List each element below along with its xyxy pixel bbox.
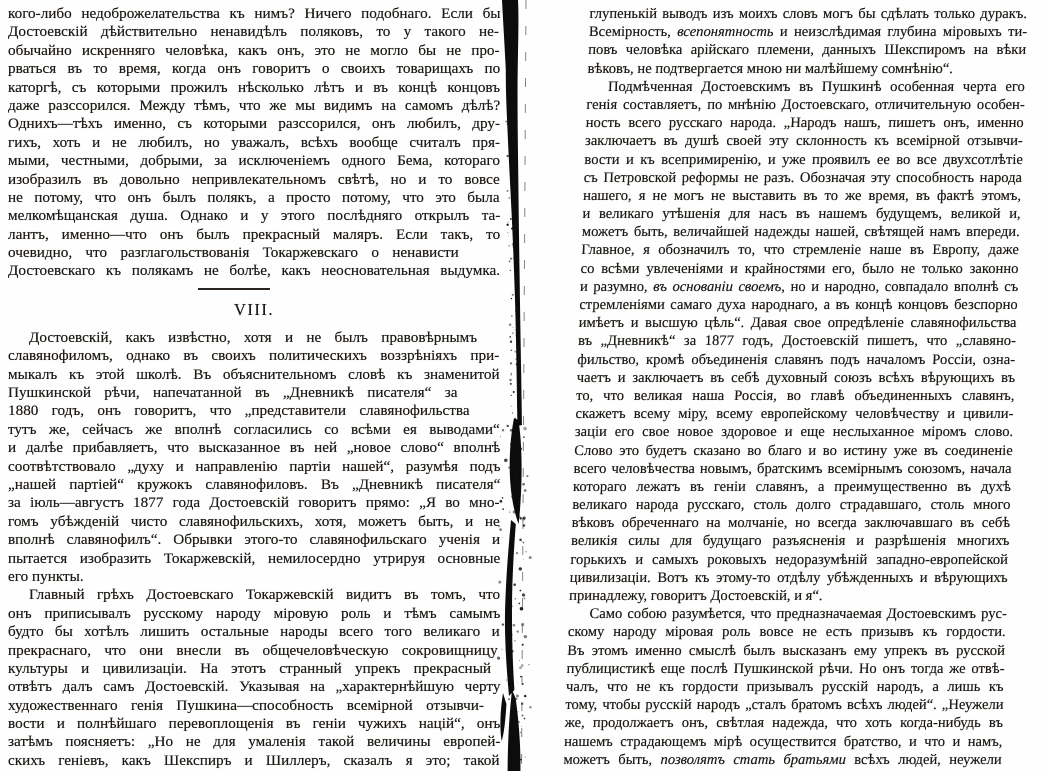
ink-speckle	[505, 121, 507, 123]
ink-speckle	[510, 270, 512, 272]
ink-speckle	[516, 722, 518, 724]
ink-speckle	[499, 528, 502, 531]
text-line: генія составляетъ, по мнѣнію Достоевскаг…	[586, 96, 1025, 114]
text-segment: въ „Дневникѣ“ за 1877 годъ, Достоевскій …	[578, 333, 1016, 349]
text-line: соотвѣтствовало „духу и направленію парт…	[8, 458, 500, 476]
text-segment: „нашей партіей“ кружокъ славянофиловъ. В…	[8, 476, 500, 493]
section-heading: VIII.	[8, 300, 500, 320]
ink-speckle	[523, 597, 525, 599]
ink-speckle	[511, 52, 513, 54]
ink-speckle	[524, 635, 527, 638]
text-segment: изобразилъ въ довольно непривлекательном…	[8, 171, 500, 188]
text-segment: скажетъ всему міру, всему европейскому ч…	[575, 406, 1014, 422]
ink-speckle	[506, 67, 508, 69]
ink-speckle	[510, 160, 512, 162]
ink-speckle	[507, 117, 508, 118]
text-segment: славянофиломъ, однако въ своихъ политиче…	[8, 347, 499, 364]
text-line: 1880 годъ, онъ говоритъ, что „представит…	[8, 402, 500, 420]
text-line: мыкалъ къ этой школѣ. Въ объяснительномъ…	[8, 366, 500, 384]
text-line: Пушкинской рѣчи, напечатанной въ „Дневни…	[8, 384, 500, 402]
ink-speckle	[511, 104, 513, 106]
ink-speckle	[515, 598, 516, 599]
text-segment: и далѣе прибавляетъ, что высказанное въ …	[8, 439, 500, 456]
text-line: культуры и цивилизаціи. На этотъ странны…	[8, 660, 500, 678]
ink-speckle	[510, 66, 512, 68]
text-line: цивилизаціи. Вотъ къ этому-то отдѣлу убѣ…	[570, 569, 1009, 587]
ink-speckle	[511, 68, 512, 69]
ink-speckle	[521, 703, 523, 705]
ink-speckle	[514, 259, 516, 261]
ink-speckle	[514, 528, 515, 529]
ink-speckle	[524, 718, 526, 720]
italic-text-segment: всепонятность	[677, 24, 774, 40]
text-segment: мелкомѣщанская душа. Однако и у этого по…	[8, 207, 500, 224]
text-segment: не потому, что онъ былъ полякъ, а просто…	[8, 189, 500, 206]
ink-speckle	[514, 153, 516, 155]
text-segment: вполнѣ славянофилъ“. Обрывки этого-то сл…	[8, 531, 500, 548]
text-segment: будто бы хотѣлъ лишить остальные народы …	[8, 623, 500, 640]
text-segment: принадлежу, говоритъ Достоевскій, и я“.	[569, 588, 823, 604]
ink-speckle	[523, 517, 526, 520]
ink-speckle	[508, 222, 509, 223]
ink-speckle	[515, 418, 516, 419]
text-line: заціи его свое новое здоровое и еще несл…	[575, 423, 1014, 441]
text-segment: то, что великая наша Россія, во главѣ об…	[576, 388, 1015, 404]
ink-speckle	[523, 436, 525, 438]
text-line: стремленіями самаго духа народнаго, а въ…	[579, 296, 1018, 314]
text-line: публицистикѣ еще послѣ Пушкинской рѣчи. …	[566, 660, 1005, 678]
ink-speckle	[520, 732, 521, 733]
text-line: Однихъ—тѣхъ именно, съ которыми разссори…	[8, 115, 500, 133]
ink-speckle	[514, 98, 516, 100]
text-line: вѣковъ, не подтвергается мною ни малѣйше…	[587, 60, 1026, 78]
ink-speckle	[519, 539, 521, 541]
text-line: то, что великая наша Россія, во главѣ об…	[576, 387, 1015, 405]
ink-speckle	[523, 559, 524, 560]
ink-speckle	[516, 159, 517, 160]
ink-speckle	[519, 590, 521, 592]
text-line: отвѣтъ далъ самъ Достоевскій. Указывая н…	[8, 678, 500, 696]
text-segment: чаетъ и заключаетъ въ себѣ духовный союз…	[577, 370, 1016, 386]
ink-speckle	[520, 759, 522, 761]
text-segment: же, продолжаетъ онъ, свѣтлая надежда, чт…	[564, 715, 1003, 731]
text-segment: каторгѣ, съ которыми прожилъ нѣсколько л…	[8, 79, 500, 96]
text-segment: вости и полнѣйшаго перевоплощенія въ ген…	[8, 715, 500, 732]
text-line: со всѣми увлеченіями и крайностями его, …	[580, 260, 1019, 278]
ink-speckle	[519, 666, 522, 669]
ink-speckle	[494, 466, 495, 467]
text-line: за іюль—августъ 1877 года Достоевскій го…	[8, 494, 500, 512]
ink-speckle	[518, 768, 519, 769]
text-line: мыми, честными, добрыми, за исключеніемъ…	[8, 152, 500, 170]
text-line: прекраснаго, что они внесли въ общечелов…	[8, 642, 500, 660]
text-segment: Пушкинской рѣчи, напечатанной въ „Дневни…	[8, 384, 457, 401]
ink-speckle	[510, 604, 512, 606]
ink-speckle	[513, 624, 516, 627]
text-line: даже разссорился. Между тѣмъ, что же мы …	[8, 97, 500, 115]
text-segment: за іюль—августъ 1877 года Достоевскій го…	[8, 494, 500, 511]
ink-speckle	[528, 664, 529, 665]
ink-speckle	[520, 607, 523, 610]
ink-speckle	[520, 676, 522, 678]
text-line: тому, чтобы русскій народъ „сталъ братом…	[565, 696, 1004, 714]
ink-speckle	[508, 236, 509, 237]
ink-speckle	[513, 583, 516, 586]
text-line: художественнаго генія Пушкина—способност…	[8, 697, 500, 715]
text-segment: мыми, честными, добрыми, за исключеніемъ…	[8, 152, 500, 169]
text-line: нашего, я не могъ не выставить въ то же …	[583, 187, 1022, 205]
ink-speckle	[510, 704, 513, 707]
text-line: можетъ быть, величайшей надежды нашей, с…	[582, 223, 1021, 241]
text-segment: Главное, я обозначилъ то, что стремленіе…	[581, 242, 1019, 258]
ink-speckle	[523, 524, 526, 527]
text-segment: цивилизаціи. Вотъ къ этому-то отдѣлу убѣ…	[570, 570, 1008, 586]
ink-speckle	[509, 323, 511, 325]
text-line: Главный грѣхъ Достоевскаго Токаржевскій …	[8, 586, 500, 604]
ink-speckle	[513, 232, 514, 233]
ink-speckle	[510, 581, 513, 584]
text-segment: заціи его свое новое здоровое и еще несл…	[575, 424, 1014, 440]
ink-speckle	[519, 453, 520, 454]
text-line: Въ этомъ именно смыслѣ былъ высказанъ ем…	[567, 642, 1006, 660]
text-line: же, продолжаетъ онъ, свѣтлая надежда, чт…	[564, 714, 1003, 732]
ink-speckle	[517, 393, 519, 395]
text-segment: вѣковъ, не подтвергается мною ни малѣйше…	[587, 61, 953, 77]
ink-speckle	[515, 267, 517, 269]
ink-speckle	[517, 405, 519, 407]
ink-speckle	[517, 765, 519, 767]
text-segment: , но и народно, совпадало вполнѣ съ	[781, 279, 1018, 295]
ink-speckle	[509, 245, 510, 246]
text-line: скихъ геніевъ, какъ Шекспиръ и Шиллеръ, …	[8, 752, 500, 770]
ink-speckle	[515, 229, 517, 231]
text-segment: генія составляетъ, по мнѣнію Достоевскаг…	[586, 97, 1025, 113]
ink-speckle	[510, 341, 512, 343]
ink-speckle	[506, 224, 508, 226]
ink-speckle	[518, 450, 520, 452]
ink-speckle	[500, 500, 503, 503]
ink-speckle	[512, 294, 514, 296]
text-segment: лантъ, именно—что онъ былъ прекрасный ма…	[8, 226, 500, 243]
text-segment: гихъ, хоть и не любилъ, но уважалъ, всѣх…	[8, 134, 500, 151]
ink-speckle	[514, 55, 516, 57]
text-line: великія силы для будущаго разъясненія и …	[571, 532, 1010, 550]
text-line: скому народу міровая роль вовсе не есть …	[568, 623, 1007, 641]
ink-speckle	[508, 698, 510, 700]
text-line: онъ приписывалъ русскому народу міровую …	[8, 605, 500, 623]
text-line: и разумно, въ основаніи своемъ, но и нар…	[580, 278, 1019, 296]
text-segment: его пункты.	[8, 568, 84, 585]
ink-speckle	[514, 351, 516, 353]
text-segment: тому, чтобы русскій народъ „сталъ братом…	[565, 697, 1004, 713]
ink-speckle	[504, 459, 507, 462]
ink-speckle	[512, 243, 514, 245]
ink-speckle	[514, 134, 515, 135]
ink-speckle	[498, 525, 500, 527]
ink-speckle	[510, 383, 512, 385]
text-segment: пытается изобразить Токаржевскій, немило…	[8, 550, 500, 567]
text-segment: публицистикѣ еще послѣ Пушкинской рѣчи. …	[566, 661, 1004, 677]
ink-speckle	[516, 473, 519, 476]
ink-speckle	[515, 460, 518, 463]
text-line: славянофиломъ, однако въ своихъ политиче…	[8, 347, 500, 365]
text-line: Само собою разумѣется, что предназначаем…	[568, 605, 1007, 623]
text-line: можетъ быть, позволятъ стать братьями вс…	[563, 751, 1002, 769]
text-segment: глупенькій выводъ изъ моихъ словъ могъ б…	[589, 6, 1027, 22]
text-line: вости и къ всепримиренію, и уже проявилъ…	[584, 151, 1023, 169]
text-line: пытается изобразить Токаржевскій, немило…	[8, 550, 500, 568]
text-line: будто бы хотѣлъ лишить остальные народы …	[8, 623, 500, 641]
ink-speckle	[526, 475, 528, 477]
text-line: каторгѣ, съ которыми прожилъ нѣсколько л…	[8, 79, 500, 97]
ink-speckle	[524, 756, 525, 757]
ink-speckle	[502, 429, 504, 431]
ink-speckle	[524, 489, 527, 492]
ink-speckle	[525, 551, 527, 553]
ink-speckle	[519, 660, 520, 661]
text-segment: очевидно, что разглагольствованія Токарж…	[8, 244, 459, 261]
text-line: „нашей партіей“ кружокъ славянофиловъ. В…	[8, 476, 500, 494]
text-line: ность всего русскаго народа. „Народъ наш…	[585, 114, 1024, 132]
ink-speckle	[521, 726, 522, 727]
text-segment: и великаго утѣшенія для насъ въ нашемъ б…	[582, 206, 1021, 222]
ink-speckle	[521, 541, 522, 542]
ink-speckle	[510, 362, 512, 364]
ink-speckle	[515, 257, 517, 259]
text-line: принадлежу, говоритъ Достоевскій, и я“.	[569, 587, 1008, 605]
text-line: въ „Дневникѣ“ за 1877 годъ, Достоевскій …	[578, 332, 1017, 350]
text-line: затѣмъ поясняетъ: „Но не для умаленія та…	[8, 733, 500, 751]
ink-speckle	[522, 683, 524, 685]
text-line: гомъ убѣжденій чисто славянофильскихъ, х…	[8, 513, 500, 531]
text-line: вполнѣ славянофилъ“. Обрывки этого-то сл…	[8, 531, 500, 549]
ink-speckle	[508, 60, 510, 62]
ink-speckle	[506, 190, 508, 192]
ink-speckle	[513, 200, 515, 202]
ink-speckle	[505, 45, 506, 46]
ink-speckle	[515, 329, 516, 330]
ink-speckle	[512, 227, 513, 228]
text-segment: Достоевскаго къ полякамъ не болѣе, какъ …	[8, 262, 500, 279]
ink-speckle	[515, 335, 516, 336]
ink-speckle	[502, 537, 503, 538]
text-segment: Достоевскій, какъ извѣстно, хотя и не бы…	[29, 329, 477, 346]
text-line: всего человѣчества новымъ, братскимъ все…	[573, 460, 1012, 478]
text-line: горькихъ и самыхъ роковыхъ недоразумѣній…	[570, 551, 1009, 569]
ink-speckle	[510, 443, 513, 446]
text-segment: Само собою разумѣется, что предназначаем…	[589, 606, 1007, 622]
ink-speckle	[506, 79, 507, 80]
text-segment: Въ этомъ именно смыслѣ былъ высказанъ ем…	[567, 643, 1005, 659]
text-line: тутъ же, сейчасъ же вполнѣ согласились с…	[8, 421, 500, 439]
ink-speckle	[509, 81, 511, 83]
ink-speckle	[510, 688, 511, 689]
ink-speckle	[508, 75, 509, 76]
page-edge-line	[522, 0, 527, 771]
ink-speckle	[516, 695, 519, 698]
ink-speckle	[513, 43, 514, 44]
page-left: кого-либо недоброжелательства къ нимъ? Н…	[8, 0, 500, 770]
text-line: глупенькій выводъ изъ моихъ словъ могъ б…	[589, 5, 1028, 23]
ink-speckle	[509, 260, 511, 262]
text-segment: со всѣми увлеченіями и крайностями его, …	[580, 261, 1018, 277]
text-segment: имѣетъ и высшую цѣль“. Давая свое опредѣ…	[578, 315, 1016, 331]
ink-speckle	[529, 706, 532, 709]
ink-speckle	[512, 412, 513, 413]
ink-speckle	[511, 158, 512, 159]
text-line: его пункты.	[8, 568, 500, 586]
ink-speckle	[515, 276, 517, 278]
text-segment: даже разссорился. Между тѣмъ, что же мы …	[8, 97, 500, 114]
ink-speckle	[510, 429, 513, 432]
ink-speckle	[505, 24, 506, 25]
ink-speckle	[517, 682, 518, 683]
ink-speckle	[507, 39, 508, 40]
ink-speckle	[516, 292, 518, 294]
text-line: чаетъ и заключаетъ въ себѣ духовный союз…	[576, 369, 1015, 387]
italic-text-segment: въ основаніи своемъ	[653, 279, 782, 295]
text-segment: онъ приписывалъ русскому народу міровую …	[8, 605, 500, 622]
text-line: обычайно искренняго человѣка, какъ онъ, …	[8, 42, 500, 60]
ink-speckle	[509, 120, 511, 122]
ink-speckle	[515, 358, 517, 360]
ink-speckle	[517, 377, 518, 378]
text-line: фильство, кромѣ объединенія славянъ подъ…	[577, 351, 1016, 369]
text-segment: фильство, кромѣ объединенія славянъ подъ…	[577, 352, 1015, 368]
ink-speckle	[509, 116, 511, 118]
ink-speckle	[513, 246, 515, 248]
text-line: Достоевскій дѣйствительно ненавидѣлъ пол…	[8, 23, 500, 41]
text-segment: 1880 годъ, онъ говоритъ, что „представит…	[8, 402, 470, 419]
ink-speckle	[518, 603, 520, 605]
text-segment: повъ человѣка арійскаго племени, данныхъ…	[588, 42, 1026, 58]
text-segment: великія силы для будущаго разъясненія и …	[571, 533, 1010, 549]
text-line: лантъ, именно—что онъ былъ прекрасный ма…	[8, 226, 500, 244]
text-segment: культуры и цивилизаціи. На этотъ странны…	[8, 660, 491, 677]
scanned-book-spread: кого-либо недоброжелательства къ нимъ? Н…	[0, 0, 1049, 771]
ink-speckle	[516, 552, 518, 554]
text-line: вѣковъ обреченнаго на молчаніе, но всегд…	[571, 514, 1010, 532]
ink-speckle	[523, 427, 526, 430]
ink-speckle	[516, 352, 518, 354]
text-segment: нашемъ страдающемъ мірѣ осуществится бра…	[564, 734, 1003, 750]
text-segment: мыкалъ къ этой школѣ. Въ объяснительномъ…	[8, 366, 500, 383]
text-segment: вости и къ всепримиренію, и уже проявилъ…	[584, 152, 1023, 168]
ink-speckle	[506, 87, 508, 89]
ink-speckle	[512, 83, 514, 85]
text-segment: обычайно искренняго человѣка, какъ онъ, …	[8, 42, 500, 59]
text-line: Главное, я обозначилъ то, что стремленіе…	[581, 241, 1020, 259]
text-line: Слово это будетъ сказано во благо и во и…	[574, 442, 1013, 460]
ink-speckle	[517, 350, 518, 351]
ink-speckle	[506, 680, 507, 681]
text-line: и далѣе прибавляетъ, что высказанное въ …	[8, 439, 500, 457]
ink-speckle	[509, 336, 511, 338]
ink-speckle	[511, 406, 512, 407]
text-line: скажетъ всему міру, всему европейскому ч…	[575, 405, 1014, 423]
ink-speckle	[504, 19, 505, 20]
text-line: гихъ, хоть и не любилъ, но уважалъ, всѣх…	[8, 134, 500, 152]
section-divider	[198, 288, 270, 290]
ink-speckle	[513, 44, 515, 46]
ink-speckle	[511, 340, 512, 341]
ink-speckle	[507, 232, 508, 233]
text-segment: и неизслѣдимая глубина міровыхъ ти-	[773, 24, 1027, 40]
ink-speckle	[511, 650, 513, 652]
ink-speckle	[506, 44, 507, 45]
ink-speckle	[511, 110, 513, 112]
ink-speckle	[514, 223, 515, 224]
text-segment: рваться въ то время, когда онъ говоритъ …	[8, 60, 500, 77]
text-segment: горькихъ и самыхъ роковыхъ недоразумѣній…	[570, 552, 1008, 568]
ink-speckle	[518, 515, 520, 517]
ink-speckle	[516, 698, 518, 700]
text-segment: вѣковъ обреченнаго на молчаніе, но всегд…	[571, 515, 1010, 531]
ink-speckle	[522, 644, 524, 646]
ink-speckle	[512, 100, 513, 101]
text-line: очевидно, что разглагольствованія Токарж…	[8, 244, 500, 262]
ink-speckle	[518, 711, 519, 712]
text-segment: заключаетъ въ душѣ своей эту склонность …	[585, 133, 1023, 149]
ink-speckle	[512, 332, 514, 334]
ink-speckle	[511, 349, 513, 351]
ink-speckle	[520, 517, 522, 519]
text-line: изобразилъ въ довольно непривлекательном…	[8, 171, 500, 189]
ink-speckle	[510, 374, 511, 375]
ink-speckle	[514, 477, 516, 479]
text-line: и великаго утѣшенія для насъ въ нашемъ б…	[582, 205, 1021, 223]
text-segment: стремленіями самаго духа народнаго, а въ…	[579, 297, 1018, 313]
ink-speckle	[511, 373, 512, 374]
text-segment: Подмѣченная Достоевскимъ въ Пушкинѣ особ…	[608, 79, 1025, 95]
ink-speckle	[522, 483, 525, 486]
text-segment: скому народу міровая роль вовсе не есть …	[568, 624, 1006, 640]
ink-speckle	[505, 26, 506, 27]
text-line: вости и полнѣйшаго перевоплощенія въ ген…	[8, 715, 500, 733]
ink-speckle	[515, 147, 516, 148]
ink-speckle	[511, 395, 512, 396]
ink-speckle	[519, 395, 521, 397]
ink-speckle	[529, 556, 532, 559]
ink-speckle	[507, 621, 509, 623]
text-segment: художественнаго генія Пушкина—способност…	[8, 697, 484, 714]
text-segment: великаго народа русскаго, столь долго ст…	[572, 497, 1011, 513]
ink-speckle	[514, 640, 515, 641]
text-segment: можетъ быть, величайшей надежды нашей, с…	[582, 224, 1020, 240]
text-line: мелкомѣщанская душа. Однако и у этого по…	[8, 207, 500, 225]
text-line: Достоевскій, какъ извѣстно, хотя и не бы…	[8, 329, 500, 347]
ink-speckle	[512, 152, 513, 153]
ink-speckle	[504, 8, 505, 9]
ink-speckle	[511, 315, 512, 316]
text-line: нашемъ страдающемъ мірѣ осуществится бра…	[564, 733, 1003, 751]
text-segment: всего человѣчества новымъ, братскимъ все…	[573, 461, 1012, 477]
ink-speckle	[518, 321, 519, 322]
ink-speckle	[508, 426, 509, 427]
ink-speckle	[514, 196, 516, 198]
text-segment: тутъ же, сейчасъ же вполнѣ согласились с…	[8, 421, 500, 438]
ink-speckle	[517, 630, 519, 632]
ink-speckle	[510, 258, 512, 260]
ink-speckle	[515, 310, 517, 312]
text-segment: съ Петровской реформы не разъ. Обозначая…	[584, 170, 1023, 186]
ink-speckle	[509, 512, 510, 513]
ink-speckle	[510, 633, 513, 636]
text-line: Всемірность, всепонятность и неизслѣдима…	[589, 23, 1028, 41]
ink-speckle	[510, 466, 512, 468]
text-segment: Однихъ—тѣхъ именно, съ которыми разссори…	[8, 115, 500, 132]
text-segment: отвѣтъ далъ самъ Достоевскій. Указывая н…	[8, 678, 500, 695]
